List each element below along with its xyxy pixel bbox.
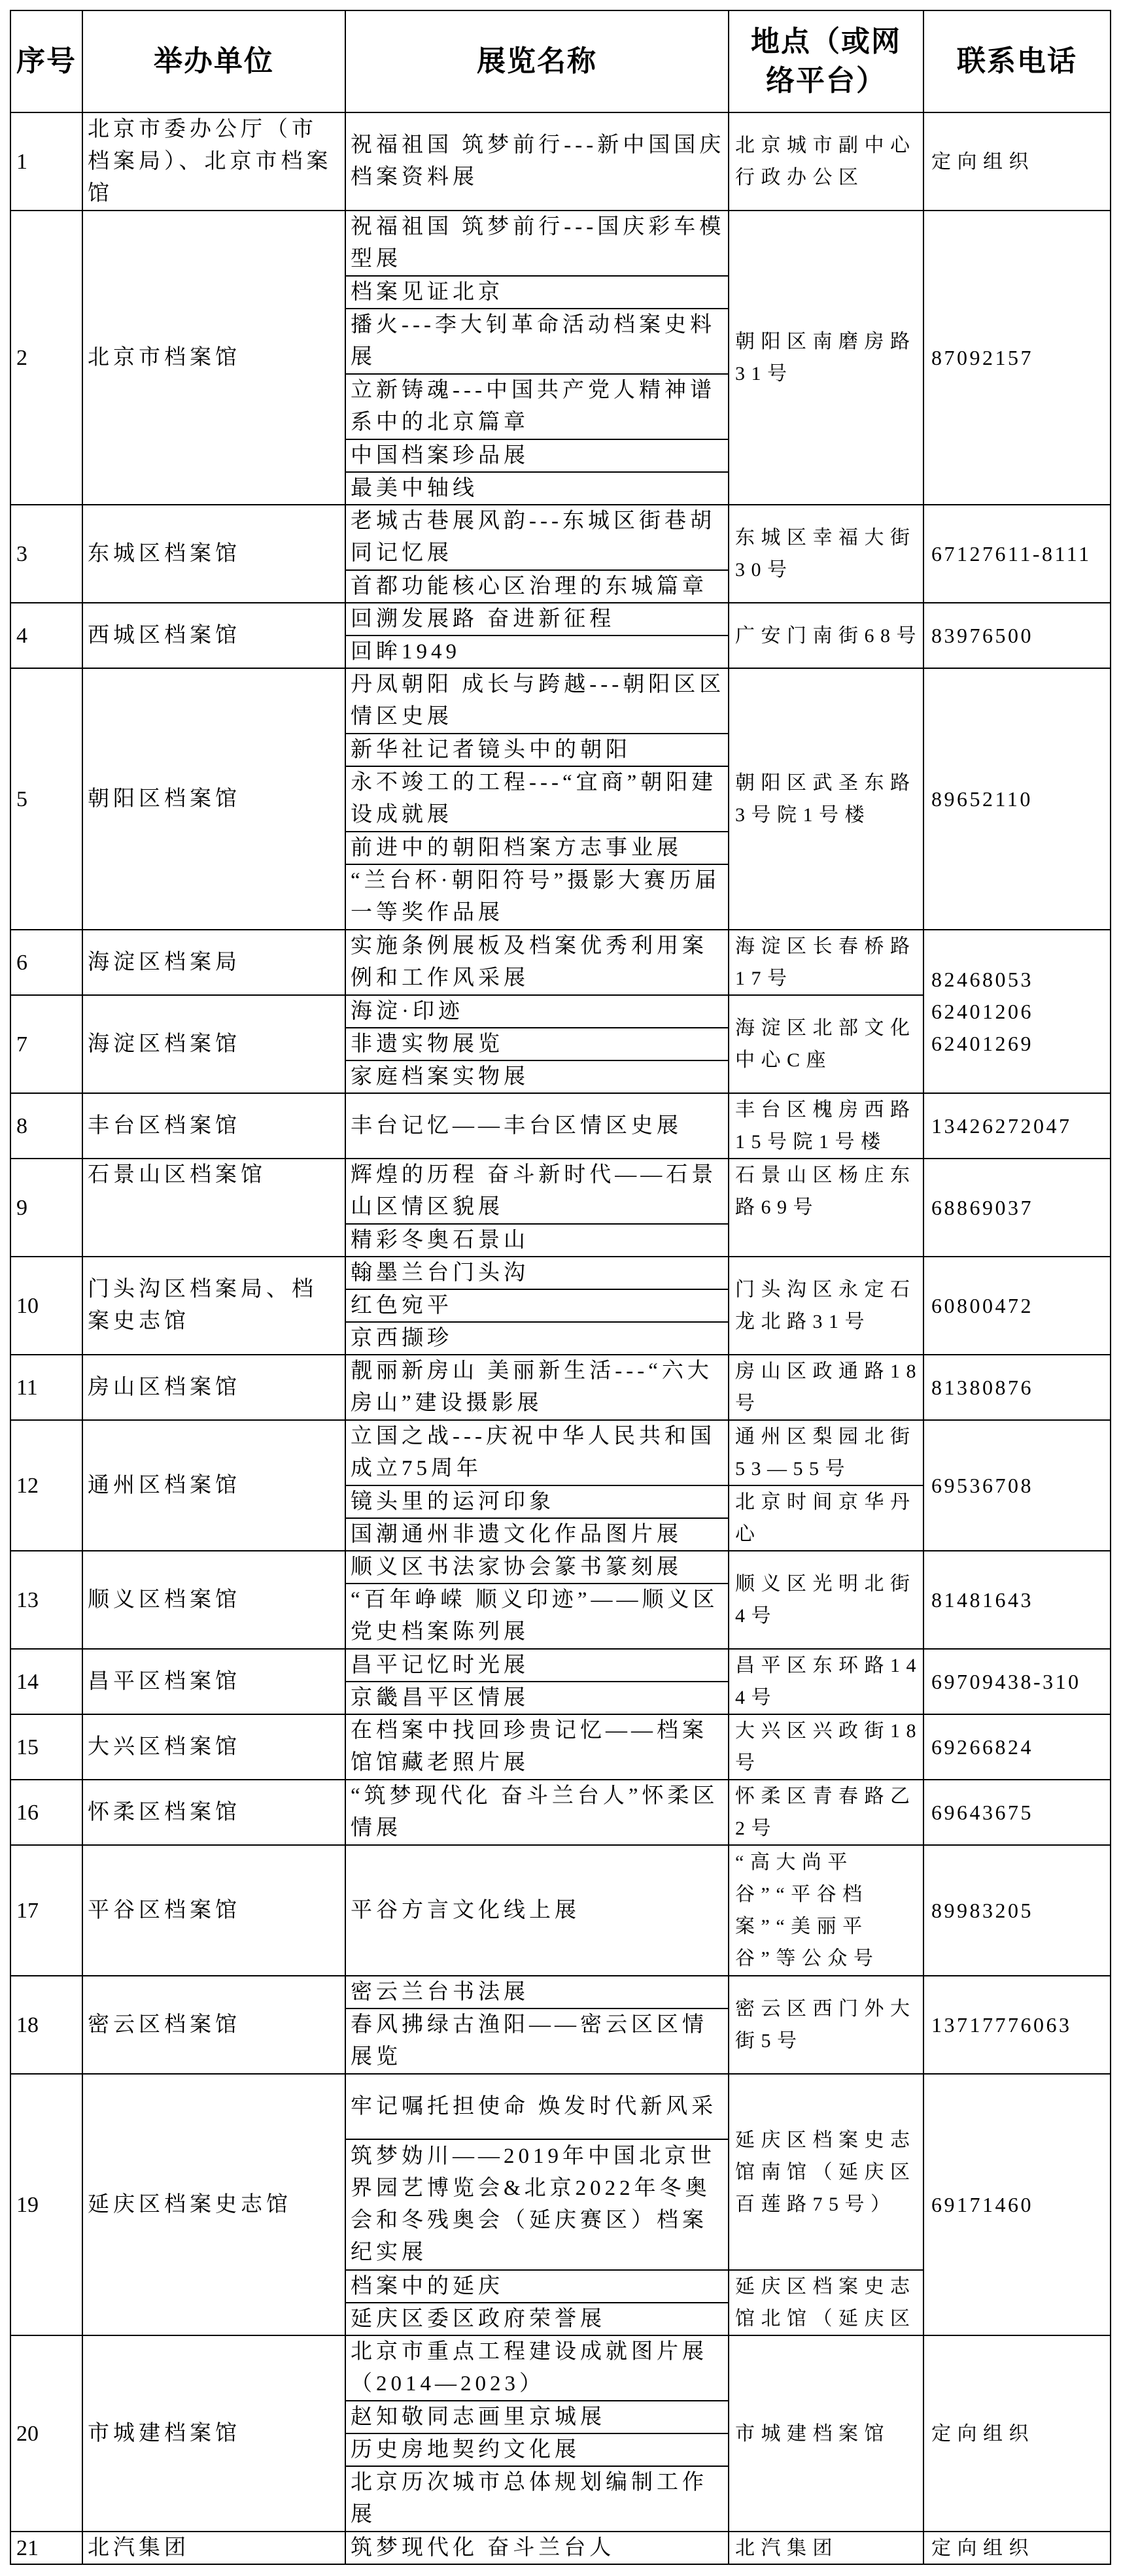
row-18-exhibition-1: 密云兰台书法展 [346,1976,729,2009]
row-8-phone: 13426272047 [924,1094,1111,1159]
row-19-exhibition-3: 档案中的延庆 [346,2271,729,2303]
row-11-exhibition-1: 靓丽新房山 美丽新生活---“六大房山”建设摄影展 [346,1355,729,1421]
row-1-organizer: 北京市委办公厅（市档案局）、北京市档案馆 [83,113,346,211]
row-15-phone: 69266824 [924,1715,1111,1780]
row-2-exhibition-6: 最美中轴线 [346,473,729,505]
row-9-phone: 68869037 [924,1159,1111,1257]
row-13-organizer: 顺义区档案馆 [83,1551,346,1650]
row-13-no: 13 [11,1551,83,1650]
row-10-location: 门头沟区永定石龙北路31号 [729,1257,924,1355]
header-no: 序号 [11,11,83,113]
row-7-exhibition-1: 海淀·印迹 [346,996,729,1028]
row-8-location: 丰台区槐房西路15号院1号楼 [729,1094,924,1159]
row-14-no: 14 [11,1650,83,1715]
row-10-exhibition-2: 红色宛平 [346,1290,729,1323]
row-10-exhibition-3: 京西撷珍 [346,1323,729,1355]
row-7-no: 7 [11,996,83,1094]
row-10-phone: 60800472 [924,1257,1111,1355]
row-20-exhibition-3: 历史房地契约文化展 [346,2434,729,2467]
row-7-exhibition-2: 非遗实物展览 [346,1028,729,1061]
row-6-7-phone: 82468053 62401206 62401269 [924,930,1111,1094]
row-2-phone: 87092157 [924,211,1111,505]
row-14-location: 昌平区东环路144号 [729,1650,924,1715]
row-10-no: 10 [11,1257,83,1355]
row-15-exhibition-1: 在档案中找回珍贵记忆——档案馆馆藏老照片展 [346,1715,729,1780]
row-2-exhibition-3: 播火---李大钊革命活动档案史料展 [346,309,729,375]
row-1-no: 1 [11,113,83,211]
row-17-location: “高大尚平谷”“平谷档案”“美丽平谷”等公众号 [729,1846,924,1976]
row-5-exhibition-1: 丹凤朝阳 成长与跨越---朝阳区区情区史展 [346,669,729,734]
row-2-exhibition-4: 立新铸魂---中国共产党人精神谱系中的北京篇章 [346,375,729,440]
row-9-exhibition-1: 辉煌的历程 奋斗新时代——石景山区情区貌展 [346,1159,729,1225]
exhibition-table: 序号 举办单位 展览名称 地点（或网络平台） 联系电话 1 北京市委办公厅（市档… [10,10,1111,2565]
row-18-location: 密云区西门外大街5号 [729,1976,924,2075]
row-3-exhibition-1: 老城古巷展风韵---东城区街巷胡同记忆展 [346,505,729,571]
row-17-no: 17 [11,1846,83,1976]
row-5-exhibition-5: “兰台杯·朝阳符号”摄影大赛历届一等奖作品展 [346,865,729,930]
row-1-exhibition-1: 祝福祖国 筑梦前行---新中国国庆档案资料展 [346,113,729,211]
row-12-location-2: 北京时间京华丹心 [729,1486,924,1551]
row-3-phone: 67127611-8111 [924,505,1111,603]
row-2-exhibition-2: 档案见证北京 [346,277,729,309]
row-12-phone: 69536708 [924,1421,1111,1551]
row-19-exhibition-1: 牢记嘱托担使命 焕发时代新风采 [346,2075,729,2140]
row-8-exhibition-1: 丰台记忆——丰台区情区史展 [346,1094,729,1159]
row-3-no: 3 [11,505,83,603]
row-7-organizer: 海淀区档案馆 [83,996,346,1094]
row-3-exhibition-2: 首都功能核心区治理的东城篇章 [346,571,729,603]
row-6-exhibition-1: 实施条例展板及档案优秀利用案例和工作风采展 [346,930,729,996]
row-4-organizer: 西城区档案馆 [83,603,346,669]
row-21-exhibition-1: 筑梦现代化 奋斗兰台人 [346,2532,729,2565]
row-8-no: 8 [11,1094,83,1159]
row-5-exhibition-3: 永不竣工的工程---“宜商”朝阳建设成就展 [346,767,729,832]
row-2-no: 2 [11,211,83,505]
row-5-no: 5 [11,669,83,930]
row-20-exhibition-1: 北京市重点工程建设成就图片展（2014—2023） [346,2336,729,2401]
row-7-location: 海淀区北部文化中心C座 [729,996,924,1094]
row-9-organizer: 石景山区档案馆 [83,1159,346,1257]
header-location: 地点（或网络平台） [729,11,924,113]
row-18-exhibition-2: 春风拂绿古渔阳——密云区区情展览 [346,2009,729,2075]
row-6-organizer: 海淀区档案局 [83,930,346,996]
row-11-no: 11 [11,1355,83,1421]
row-2-location: 朝阳区南磨房路31号 [729,211,924,505]
row-11-location: 房山区政通路18号 [729,1355,924,1421]
row-9-no: 9 [11,1159,83,1257]
row-20-organizer: 市城建档案馆 [83,2336,346,2532]
row-12-exhibition-1: 立国之战---庆祝中华人民共和国成立75周年 [346,1421,729,1486]
row-12-organizer: 通州区档案馆 [83,1421,346,1551]
row-3-location: 东城区幸福大街30号 [729,505,924,603]
row-3-organizer: 东城区档案馆 [83,505,346,603]
row-20-exhibition-2: 赵知敬同志画里京城展 [346,2401,729,2434]
row-14-exhibition-1: 昌平记忆时光展 [346,1650,729,1682]
row-19-no: 19 [11,2075,83,2336]
row-14-exhibition-2: 京畿昌平区情展 [346,1682,729,1715]
row-5-location: 朝阳区武圣东路3号院1号楼 [729,669,924,930]
row-11-phone: 81380876 [924,1355,1111,1421]
row-18-no: 18 [11,1976,83,2075]
row-20-phone: 定向组织 [924,2336,1111,2532]
row-16-exhibition-1: “筑梦现代化 奋斗兰台人”怀柔区情展 [346,1780,729,1846]
row-4-no: 4 [11,603,83,669]
row-17-exhibition-1: 平谷方言文化线上展 [346,1846,729,1976]
phone-line-2: 62401206 [931,996,1110,1028]
row-19-location-2: 延庆区档案史志馆北馆（延庆区 [729,2271,924,2336]
phone-line-1: 82468053 [931,964,1110,996]
row-12-exhibition-3: 国潮通州非遗文化作品图片展 [346,1519,729,1551]
row-16-organizer: 怀柔区档案馆 [83,1780,346,1846]
row-15-location: 大兴区兴政街18号 [729,1715,924,1780]
row-21-no: 21 [11,2532,83,2565]
row-14-organizer: 昌平区档案馆 [83,1650,346,1715]
row-17-phone: 89983205 [924,1846,1111,1976]
row-4-exhibition-1: 回溯发展路 奋进新征程 [346,603,729,636]
row-8-organizer: 丰台区档案馆 [83,1094,346,1159]
row-1-location: 北京城市副中心行政办公区 [729,113,924,211]
row-2-exhibition-5: 中国档案珍品展 [346,440,729,473]
row-19-phone: 69171460 [924,2075,1111,2336]
row-1-phone: 定向组织 [924,113,1111,211]
row-5-exhibition-2: 新华社记者镜头中的朝阳 [346,734,729,767]
row-21-location: 北汽集团 [729,2532,924,2565]
row-20-no: 20 [11,2336,83,2532]
row-10-organizer: 门头沟区档案局、档案史志馆 [83,1257,346,1355]
row-20-location: 市城建档案馆 [729,2336,924,2532]
header-organizer: 举办单位 [83,11,346,113]
phone-line-3: 62401269 [931,1028,1110,1060]
row-18-phone: 13717776063 [924,1976,1111,2075]
row-9-exhibition-2: 精彩冬奥石景山 [346,1225,729,1257]
row-12-no: 12 [11,1421,83,1551]
row-17-organizer: 平谷区档案馆 [83,1846,346,1976]
row-21-organizer: 北汽集团 [83,2532,346,2565]
row-4-phone: 83976500 [924,603,1111,669]
row-19-location-1: 延庆区档案史志馆南馆（延庆区百莲路75号） [729,2075,924,2271]
row-10-exhibition-1: 翰墨兰台门头沟 [346,1257,729,1290]
row-12-location-1: 通州区梨园北街53—55号 [729,1421,924,1486]
row-13-exhibition-2: “百年峥嵘 顺义印迹”——顺义区党史档案陈列展 [346,1584,729,1650]
row-6-no: 6 [11,930,83,996]
row-5-organizer: 朝阳区档案馆 [83,669,346,930]
row-18-organizer: 密云区档案馆 [83,1976,346,2075]
row-16-location: 怀柔区青春路乙2号 [729,1780,924,1846]
row-14-phone: 69709438-310 [924,1650,1111,1715]
row-4-exhibition-2: 回眸1949 [346,636,729,669]
row-2-organizer: 北京市档案馆 [83,211,346,505]
row-15-organizer: 大兴区档案馆 [83,1715,346,1780]
row-7-exhibition-3: 家庭档案实物展 [346,1061,729,1094]
header-phone: 联系电话 [924,11,1111,113]
row-13-exhibition-1: 顺义区书法家协会篆书篆刻展 [346,1551,729,1584]
row-5-phone: 89652110 [924,669,1111,930]
row-5-exhibition-4: 前进中的朝阳档案方志事业展 [346,832,729,865]
row-16-phone: 69643675 [924,1780,1111,1846]
row-2-exhibition-1: 祝福祖国 筑梦前行---国庆彩车模型展 [346,211,729,277]
row-13-phone: 81481643 [924,1551,1111,1650]
row-15-no: 15 [11,1715,83,1780]
row-13-location: 顺义区光明北街4号 [729,1551,924,1650]
row-19-exhibition-2: 筑梦妫川——2019年中国北京世界园艺博览会&北京2022年冬奥会和冬残奥会（延… [346,2140,729,2271]
row-9-location: 石景山区杨庄东路69号 [729,1159,924,1257]
row-19-organizer: 延庆区档案史志馆 [83,2075,346,2336]
row-19-exhibition-4: 延庆区委区政府荣誉展 [346,2303,729,2336]
row-21-phone: 定向组织 [924,2532,1111,2565]
row-6-location: 海淀区长春桥路17号 [729,930,924,996]
header-exhibition: 展览名称 [346,11,729,113]
row-12-exhibition-2: 镜头里的运河印象 [346,1486,729,1519]
row-11-organizer: 房山区档案馆 [83,1355,346,1421]
row-20-exhibition-4: 北京历次城市总体规划编制工作展 [346,2467,729,2532]
row-16-no: 16 [11,1780,83,1846]
row-4-location: 广安门南街68号 [729,603,924,669]
